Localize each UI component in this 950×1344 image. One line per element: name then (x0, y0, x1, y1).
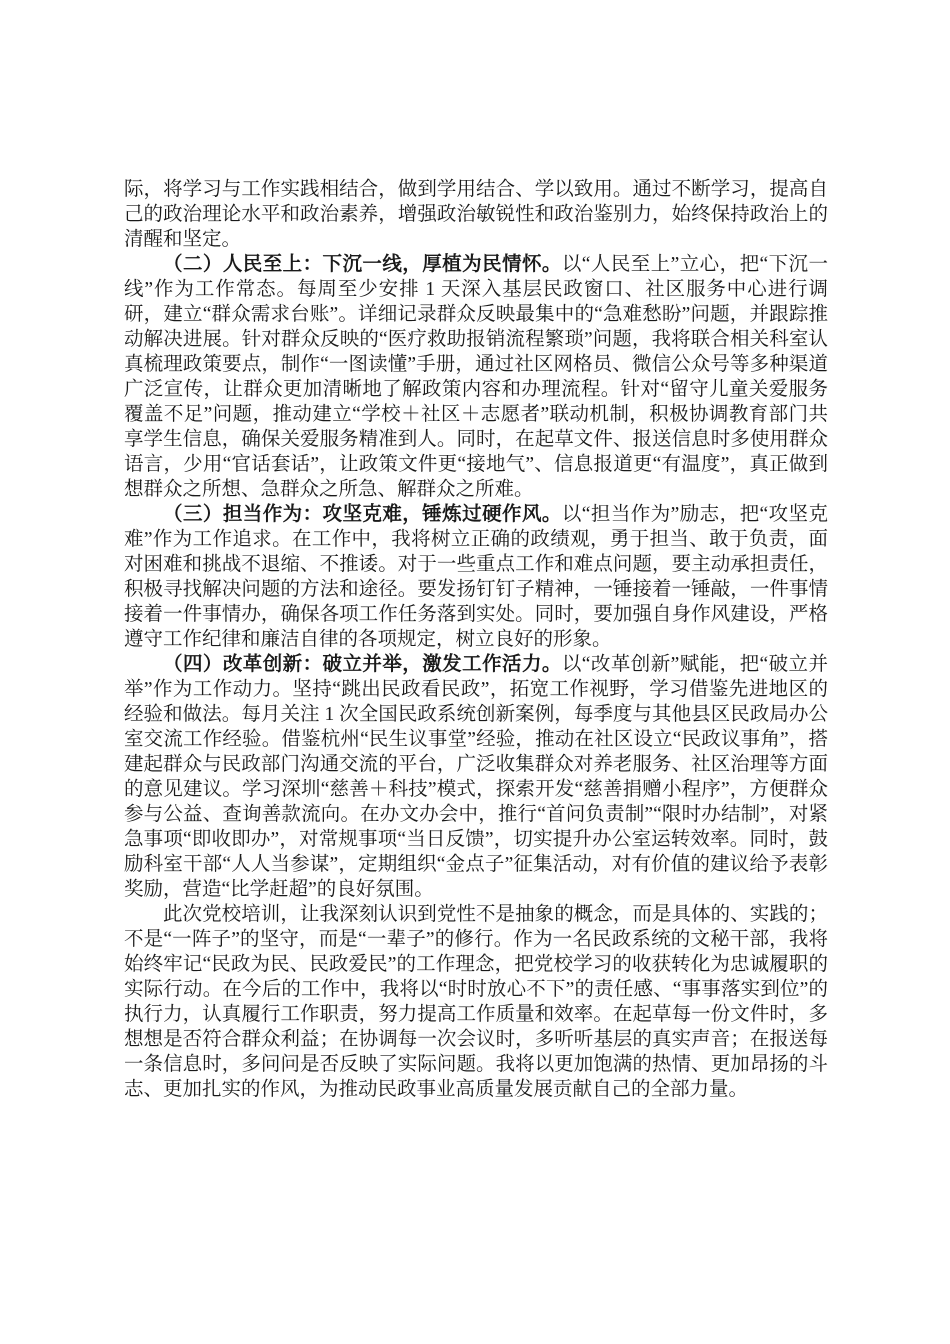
paragraph-text: 际，将学习与工作实践相结合，做到学用结合、学以致用。通过不断学习，提高自己的政治… (124, 179, 828, 250)
paragraph-conclusion: 此次党校培训，让我深刻认识到党性不是抽象的概念，而是具体的、实践的；不是“一阵子… (124, 902, 828, 1102)
paragraph-text: 此次党校培训，让我深刻认识到党性不是抽象的概念，而是具体的、实践的；不是“一阵子… (124, 904, 828, 1100)
paragraph-heading: （二）人民至上：下沉一线，厚植为民情怀。 (163, 254, 562, 275)
paragraph-text: 以“担当作为”励志，把“攻坚克难”作为工作追求。在工作中，我将树立正确的政绩观，… (124, 504, 828, 650)
paragraph-text: 以“人民至上”立心，把“下沉一线”作为工作常态。每周至少安排 1 天深入基层民政… (124, 254, 828, 500)
paragraph-text: 以“改革创新”赋能，把“破立并举”作为工作动力。坚持“跳出民政看民政”，拓宽工作… (124, 654, 828, 900)
paragraph-section-2: （二）人民至上：下沉一线，厚植为民情怀。以“人民至上”立心，把“下沉一线”作为工… (124, 252, 828, 502)
document-body: 际，将学习与工作实践相结合，做到学用结合、学以致用。通过不断学习，提高自己的政治… (124, 177, 828, 1102)
paragraph-continuation: 际，将学习与工作实践相结合，做到学用结合、学以致用。通过不断学习，提高自己的政治… (124, 177, 828, 252)
paragraph-section-3: （三）担当作为：攻坚克难，锤炼过硬作风。以“担当作为”励志，把“攻坚克难”作为工… (124, 502, 828, 652)
paragraph-heading: （四）改革创新：破立并举，激发工作活力。 (163, 654, 562, 675)
document-page: 际，将学习与工作实践相结合，做到学用结合、学以致用。通过不断学习，提高自己的政治… (0, 0, 950, 1344)
paragraph-heading: （三）担当作为：攻坚克难，锤炼过硬作风。 (163, 504, 562, 525)
paragraph-section-4: （四）改革创新：破立并举，激发工作活力。以“改革创新”赋能，把“破立并举”作为工… (124, 652, 828, 902)
